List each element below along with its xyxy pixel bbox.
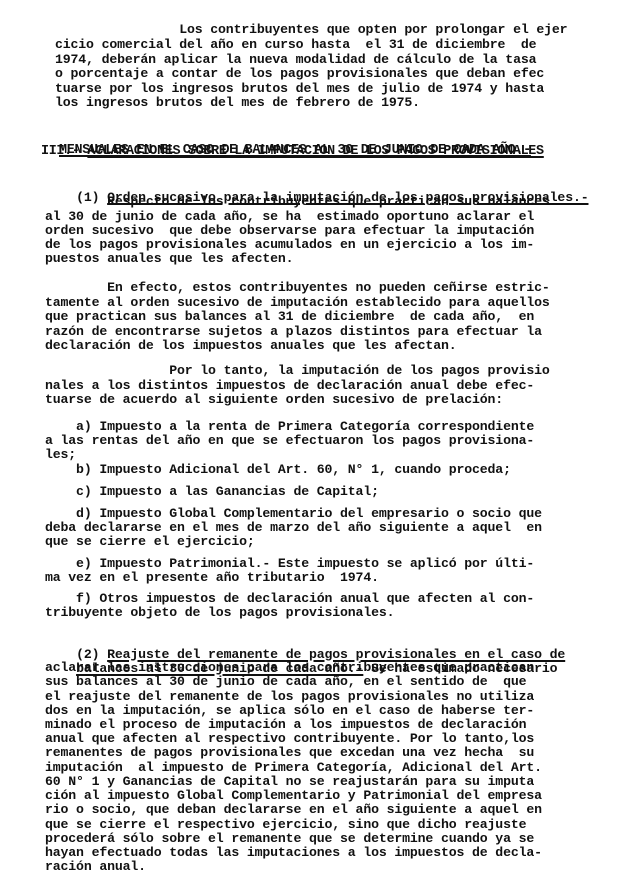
intro-line: Los contribuyentes que opten por prolong… [55,23,567,38]
paragraph-line: ración anual. [45,860,146,875]
paragraph-line: declaración de los impuestos anuales que… [45,339,456,354]
list-item-a: a las rentas del año en que se efectuaro… [45,434,534,449]
paragraph-line: que practican sus balances al 31 de dici… [45,310,534,325]
paragraph-line: sus balances al 30 de junio de cada año,… [45,675,526,690]
list-item-a: les; [45,448,76,463]
list-item-e: ma vez en el presente año tributario 197… [45,571,379,586]
paragraph-line: remanentes de pagos provisionales que ex… [45,746,534,761]
paragraph-line: rio o socio, que deban declararse en el … [45,803,542,818]
paragraph-line: Por lo tanto, la imputación de los pagos… [45,364,550,379]
intro-line: cicio comercial del año en curso hasta e… [55,38,536,53]
list-item-f: tribuyente objeto de los pagos provision… [45,606,394,621]
section-title-line2: MENSUALES EN EL CASO DE BALANCES AL 30 D… [59,144,531,159]
paragraph-line: Respecto de los contribuyentes que pract… [45,195,550,210]
paragraph-line: En efecto, estos contribuyentes no puede… [45,281,550,296]
intro-line: o porcentaje a contar de los pagos provi… [55,67,544,82]
list-item-d: que se cierre el ejercicio; [45,535,255,550]
paragraph-line: puestos anuales que les afecten. [45,252,293,267]
document-page: Los contribuyentes que opten por prolong… [0,0,630,881]
paragraph-line: tuarse de acuerdo al siguiente orden suc… [45,393,503,408]
intro-line: los ingresos brutos del mes de febrero d… [55,96,420,111]
list-item-c: c) Impuesto a las Ganancias de Capital; [45,485,379,500]
list-item-b: b) Impuesto Adicional del Art. 60, N° 1,… [45,463,511,478]
